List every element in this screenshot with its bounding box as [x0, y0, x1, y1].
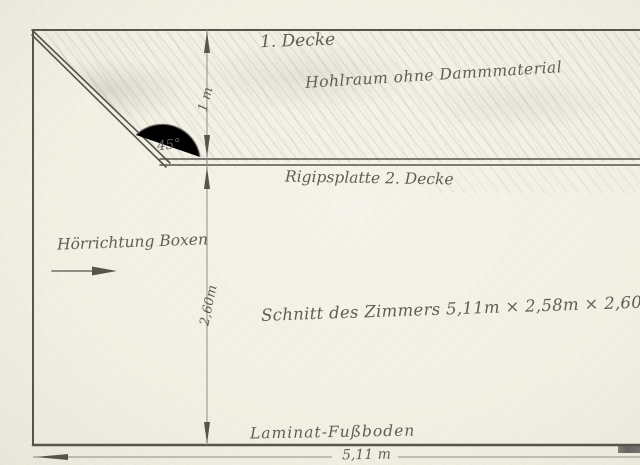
dim-arrow-up-drywall-icon: [204, 167, 210, 189]
dim-arrow-left-icon: [35, 454, 68, 460]
floor-dimension-line: [33, 454, 640, 460]
ceiling-1-label: 1. Decke: [260, 30, 336, 53]
dim-arrow-down-drywall-icon: [204, 135, 210, 157]
drywall-ceiling-label: Rigipsplatte 2. Decke: [285, 168, 454, 189]
floor-label: Laminat-Fußboden: [250, 422, 416, 443]
drywall-ceiling-line: [160, 159, 640, 165]
angle-45-label: 45°: [156, 136, 181, 154]
sloped-ceiling-line: [32, 30, 170, 167]
dim-arrow-down-floor-icon: [204, 422, 210, 444]
direction-arrow-icon: [52, 267, 117, 276]
scan-artifact: [618, 446, 640, 453]
dim-arrow-up-top-icon: [204, 31, 210, 53]
scanned-room-section-drawing: 1. Decke Hohlraum ohne Dammmaterial 45° …: [0, 0, 640, 465]
dim-511m-label: 5,11 m: [342, 447, 391, 464]
